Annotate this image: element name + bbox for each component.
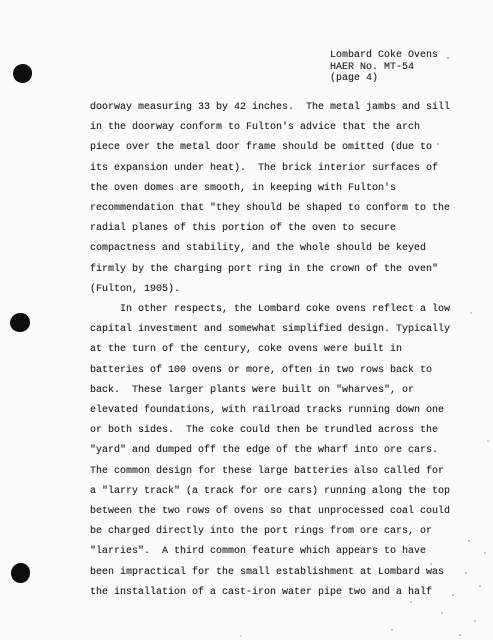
document-page: Lombard Coke Ovens HAER No. MT-54 (page … bbox=[0, 0, 493, 640]
scan-noise bbox=[0, 0, 2, 2]
hole-punch-mark bbox=[9, 312, 31, 333]
document-body-text: doorway measuring 33 by 42 inches. The m… bbox=[90, 98, 450, 603]
document-header: Lombard Coke Ovens HAER No. MT-54 (page … bbox=[330, 50, 438, 85]
hole-punch-mark bbox=[12, 63, 33, 84]
hole-punch-mark bbox=[10, 562, 30, 583]
